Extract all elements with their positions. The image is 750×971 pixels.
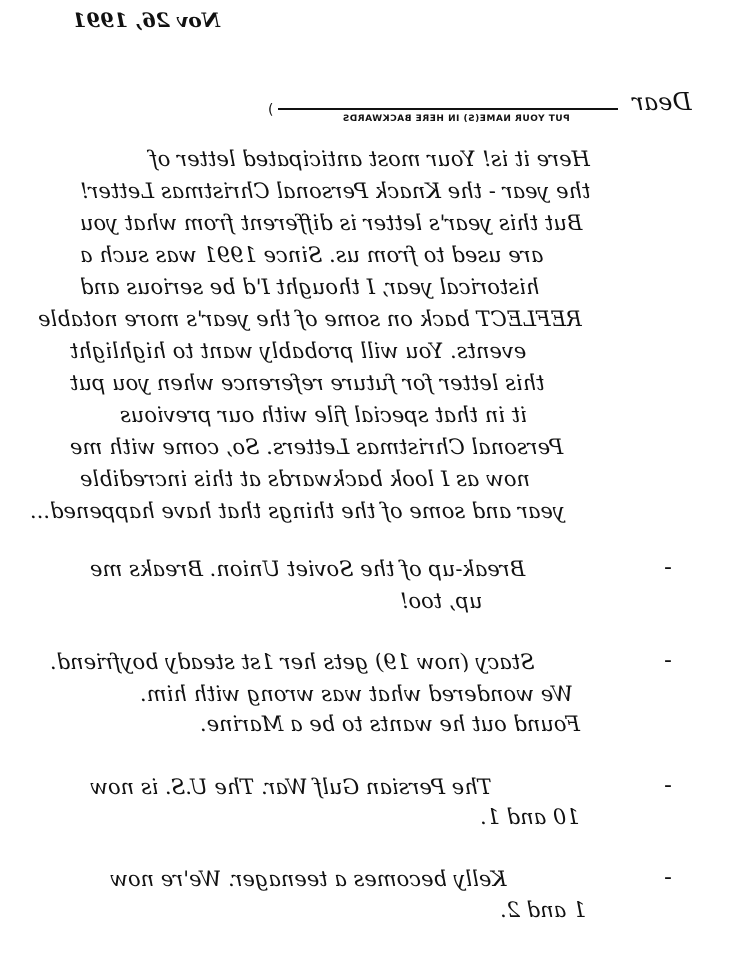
intro-line: year and some of the things that have ha… <box>30 499 690 523</box>
intro-line: But this year's letter is different from… <box>80 211 690 235</box>
bullet-line: Stacy (now 19) gets her 1st steady boyfr… <box>50 650 660 674</box>
bullet-dash: - <box>664 648 672 673</box>
intro-line: historical year, I thought I'd be seriou… <box>80 275 690 299</box>
bullet-dash: - <box>664 555 672 580</box>
bullet-line: The Persian Gulf War. The U.S. is now <box>90 775 660 799</box>
intro-line: REFLECT back on some of the year's more … <box>38 307 690 331</box>
letter-date: Nov 26, 1991 <box>80 8 220 32</box>
intro-line: Here it is! Your most anticipated letter… <box>150 147 690 171</box>
bullet-line: 1 and 2. <box>500 898 660 922</box>
intro-line: now as I look backwards at this incredib… <box>80 467 690 491</box>
bullet-line: up, too! <box>400 589 660 613</box>
bullet-dash: - <box>664 865 672 890</box>
intro-line: the year - the Knack Personal Christmas … <box>80 179 690 203</box>
intro-line: events. You will probably want to highli… <box>70 339 690 363</box>
bullet-line: We wondered what was wrong with him. <box>140 682 680 706</box>
bullet-dash: - <box>664 773 672 798</box>
name-blank-line <box>278 108 618 110</box>
salutation: Dear <box>622 88 702 116</box>
bullet-line: Kelly becomes a teenager. We're now <box>110 867 660 891</box>
bullet-line: 10 and 1. <box>480 805 660 829</box>
intro-line: this letter for future reference when yo… <box>70 371 690 395</box>
name-hint: PUT YOUR NAME(S) IN HERE BACKWARDS <box>296 114 616 124</box>
name-blank-bracket: ( <box>268 102 273 118</box>
bullet-line: Break-up of the Soviet Union. Breaks me <box>90 557 660 581</box>
bullet-line: Found out he wants to be a Marine. <box>200 712 680 736</box>
intro-line: Personal Christmas Letters. So, come wit… <box>70 435 690 459</box>
intro-line: are used to from us. Since 1991 was such… <box>80 243 690 267</box>
letter-page: Nov 26, 1991 Dear ( PUT YOUR NAME(S) IN … <box>0 0 750 971</box>
intro-line: it in that special file with our previou… <box>120 403 690 427</box>
